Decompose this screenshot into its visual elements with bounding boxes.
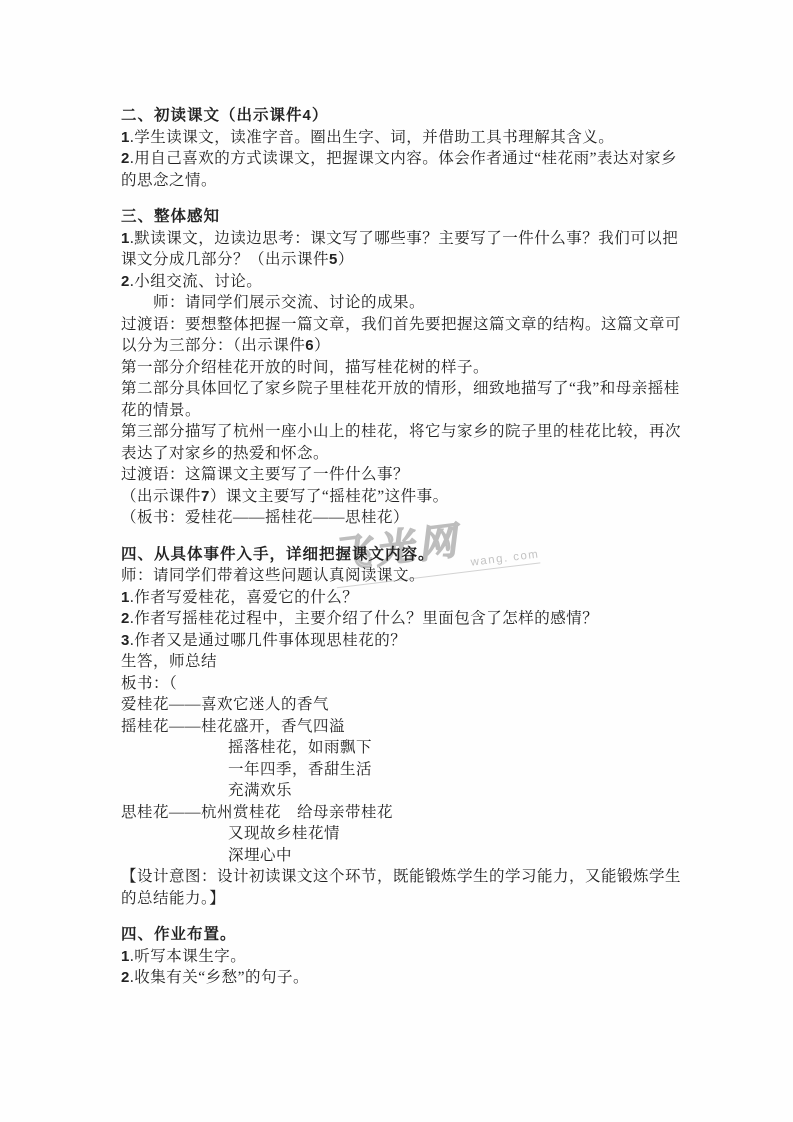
doc-line: 1.学生读课文，读准字音。圈出生字、词，并借助工具书理解其含义。 (121, 127, 701, 149)
document-page: 飞光网 wang. com 二、初读课文（出示课件4）1.学生读课文，读准字音。… (0, 0, 793, 1122)
doc-line: 【设计意图：设计初读课文这个环节，既能锻炼学生的学习能力，又能锻炼学生 (121, 866, 701, 888)
doc-line: 思桂花——杭州赏桂花 给母亲带桂花 (121, 802, 701, 824)
doc-line: 第三部分描写了杭州一座小山上的桂花，将它与家乡的院子里的桂花比较，再次 (121, 421, 701, 443)
doc-line: 第二部分具体回忆了家乡院子里桂花开放的情形，细致地描写了“我”和母亲摇桂 (121, 378, 701, 400)
paragraph-spacer (121, 191, 701, 206)
doc-line: 又现故乡桂花情 (121, 823, 701, 845)
doc-line: 2.作者写摇桂花过程中，主要介绍了什么？里面包含了怎样的感情？ (121, 608, 701, 630)
doc-line: 生答，师总结 (121, 651, 701, 673)
doc-line: 爱桂花——喜欢它迷人的香气 (121, 694, 701, 716)
doc-line: 1.作者写爱桂花，喜爱它的什么？ (121, 587, 701, 609)
doc-line: 2.小组交流、讨论。 (121, 271, 701, 293)
doc-line: 的思念之情。 (121, 170, 701, 192)
doc-line: 的总结能力。】 (121, 888, 701, 910)
doc-line: 板书：（ (121, 673, 701, 695)
section-heading: 四、作业布置。 (121, 924, 701, 946)
paragraph-spacer (121, 909, 701, 924)
doc-line: （出示课件7）课文主要写了“摇桂花”这件事。 (121, 486, 701, 508)
doc-line: 过渡语：要想整体把握一篇文章，我们首先要把握这篇文章的结构。这篇文章可 (121, 314, 701, 336)
doc-line: 摇落桂花，如雨飘下 (121, 737, 701, 759)
doc-line: （板书：爱桂花——摇桂花——思桂花） (121, 507, 701, 529)
doc-line: 表达了对家乡的热爱和怀念。 (121, 443, 701, 465)
doc-line: 过渡语：这篇课文主要写了一件什么事？ (121, 464, 701, 486)
doc-line: 2.用自己喜欢的方式读课文，把握课文内容。体会作者通过“桂花雨”表达对家乡 (121, 148, 701, 170)
doc-line: 课文分成几部分？（出示课件5） (121, 249, 701, 271)
paragraph-spacer (121, 529, 701, 544)
doc-line: 1.听写本课生字。 (121, 946, 701, 968)
doc-line: 第一部分介绍桂花开放的时间，描写桂花树的样子。 (121, 357, 701, 379)
doc-line: 深埋心中 (121, 845, 701, 867)
document-content: 二、初读课文（出示课件4）1.学生读课文，读准字音。圈出生字、词，并借助工具书理… (121, 105, 701, 989)
section-heading: 四、从具体事件入手，详细把握课文内容。 (121, 544, 701, 566)
doc-line: 师：请同学们展示交流、讨论的成果。 (121, 292, 701, 314)
doc-line: 充满欢乐 (121, 780, 701, 802)
section-heading: 三、整体感知 (121, 206, 701, 228)
section-heading: 二、初读课文（出示课件4） (121, 105, 701, 127)
doc-line: 以分为三部分：（出示课件6） (121, 335, 701, 357)
doc-line: 花的情景。 (121, 400, 701, 422)
doc-line: 1.默读课文，边读边思考：课文写了哪些事？主要写了一件什么事？我们可以把 (121, 228, 701, 250)
doc-line: 2.收集有关“乡愁”的句子。 (121, 967, 701, 989)
doc-line: 摇桂花——桂花盛开，香气四溢 (121, 716, 701, 738)
doc-line: 3.作者又是通过哪几件事体现思桂花的？ (121, 630, 701, 652)
doc-line: 一年四季，香甜生活 (121, 759, 701, 781)
doc-line: 师：请同学们带着这些问题认真阅读课文。 (121, 565, 701, 587)
